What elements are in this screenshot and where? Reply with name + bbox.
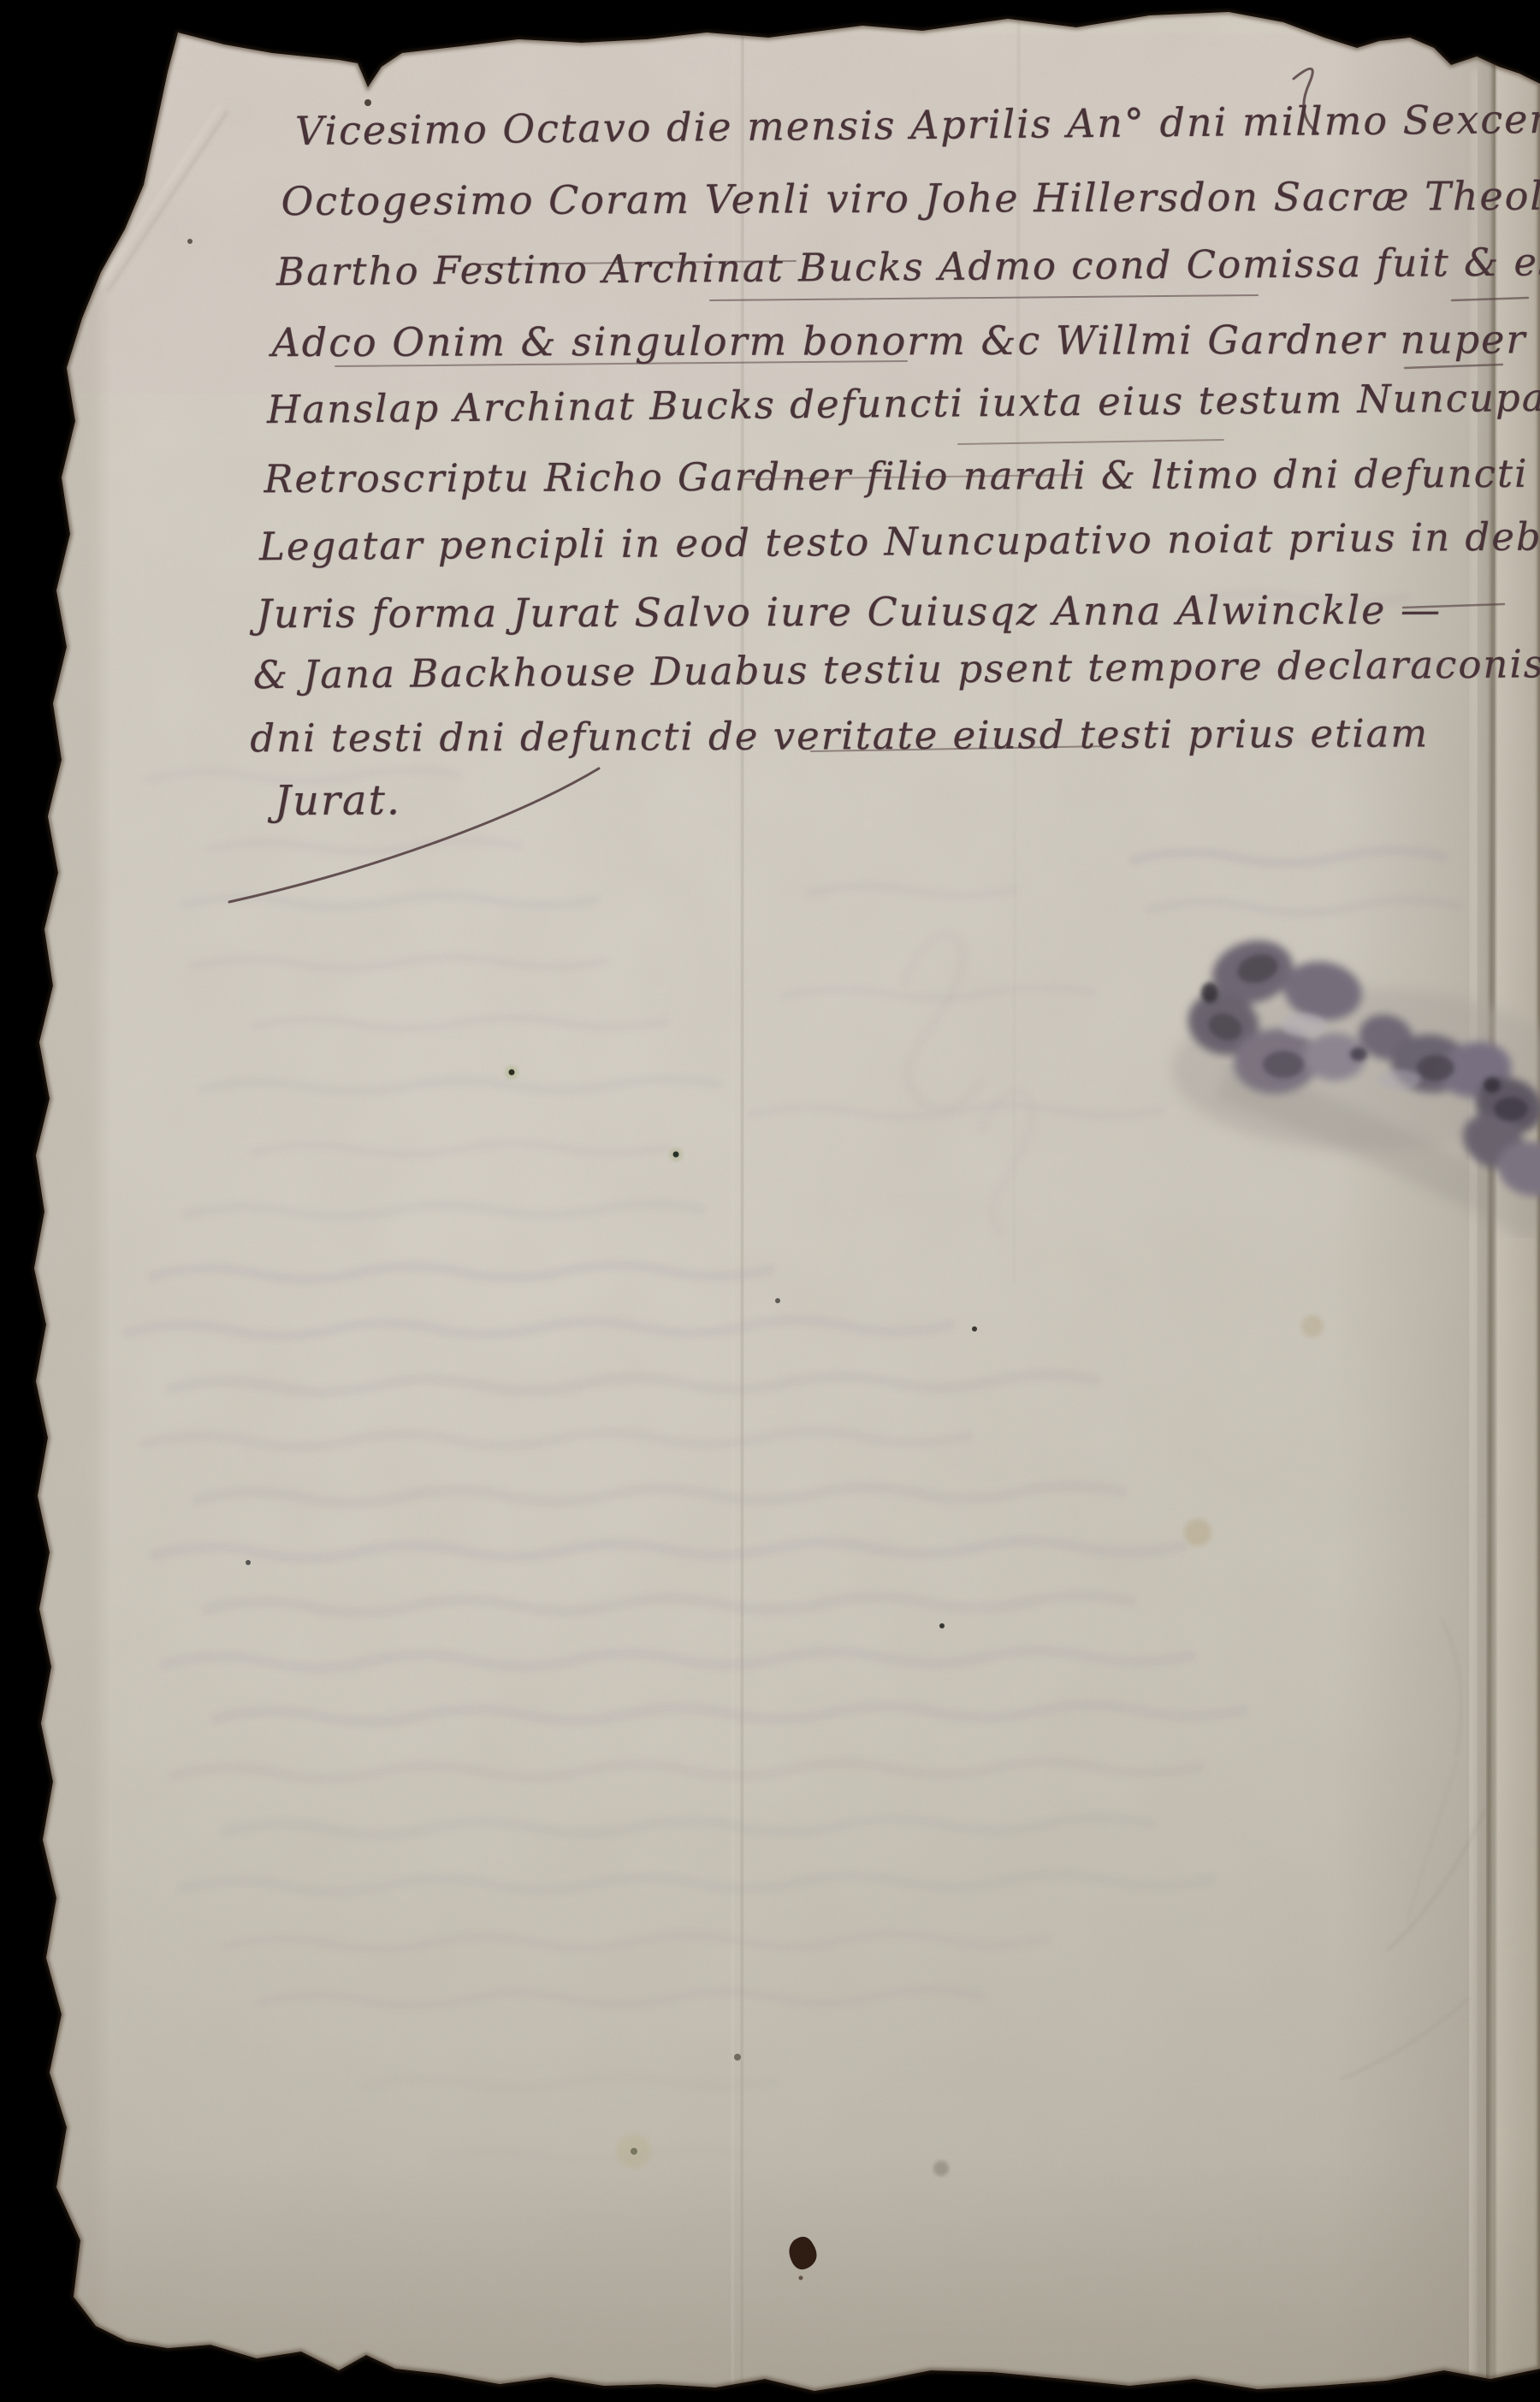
manuscript-line-10: dni testi dni defuncti de veritate eiusd… xyxy=(250,710,1429,761)
manuscript-line-6: Retroscriptu Richo Gardner filio narali … xyxy=(264,450,1540,501)
document-photo: Vicesimo Octavo die mensis Aprilis An° d… xyxy=(0,0,1540,2402)
manuscript-line-7: Legatar pencipli in eod testo Nuncupativ… xyxy=(259,513,1540,569)
manuscript-line-4: Adco Onim & singulorm bonorm &c Willmi G… xyxy=(271,316,1540,365)
manuscript-line-2: Octogesimo Coram Venli viro Johe Hillers… xyxy=(281,172,1540,224)
manuscript-line-9: & Jana Backhouse Duabus testiu psent tem… xyxy=(253,641,1540,697)
manuscript-line-5: Hanslap Archinat Bucks defuncti iuxta ei… xyxy=(267,374,1540,432)
manuscript-text-block: Vicesimo Octavo die mensis Aprilis An° d… xyxy=(0,0,1540,2402)
manuscript-line-3: Bartho Festino Archinat Bucks Admo cond … xyxy=(276,239,1540,294)
manuscript-line-8: Juris forma Jurat Salvo iure Cuiusqz Ann… xyxy=(256,586,1442,637)
manuscript-line-11: Jurat. xyxy=(275,776,402,825)
manuscript-line-1: Vicesimo Octavo die mensis Aprilis An° d… xyxy=(295,95,1540,154)
